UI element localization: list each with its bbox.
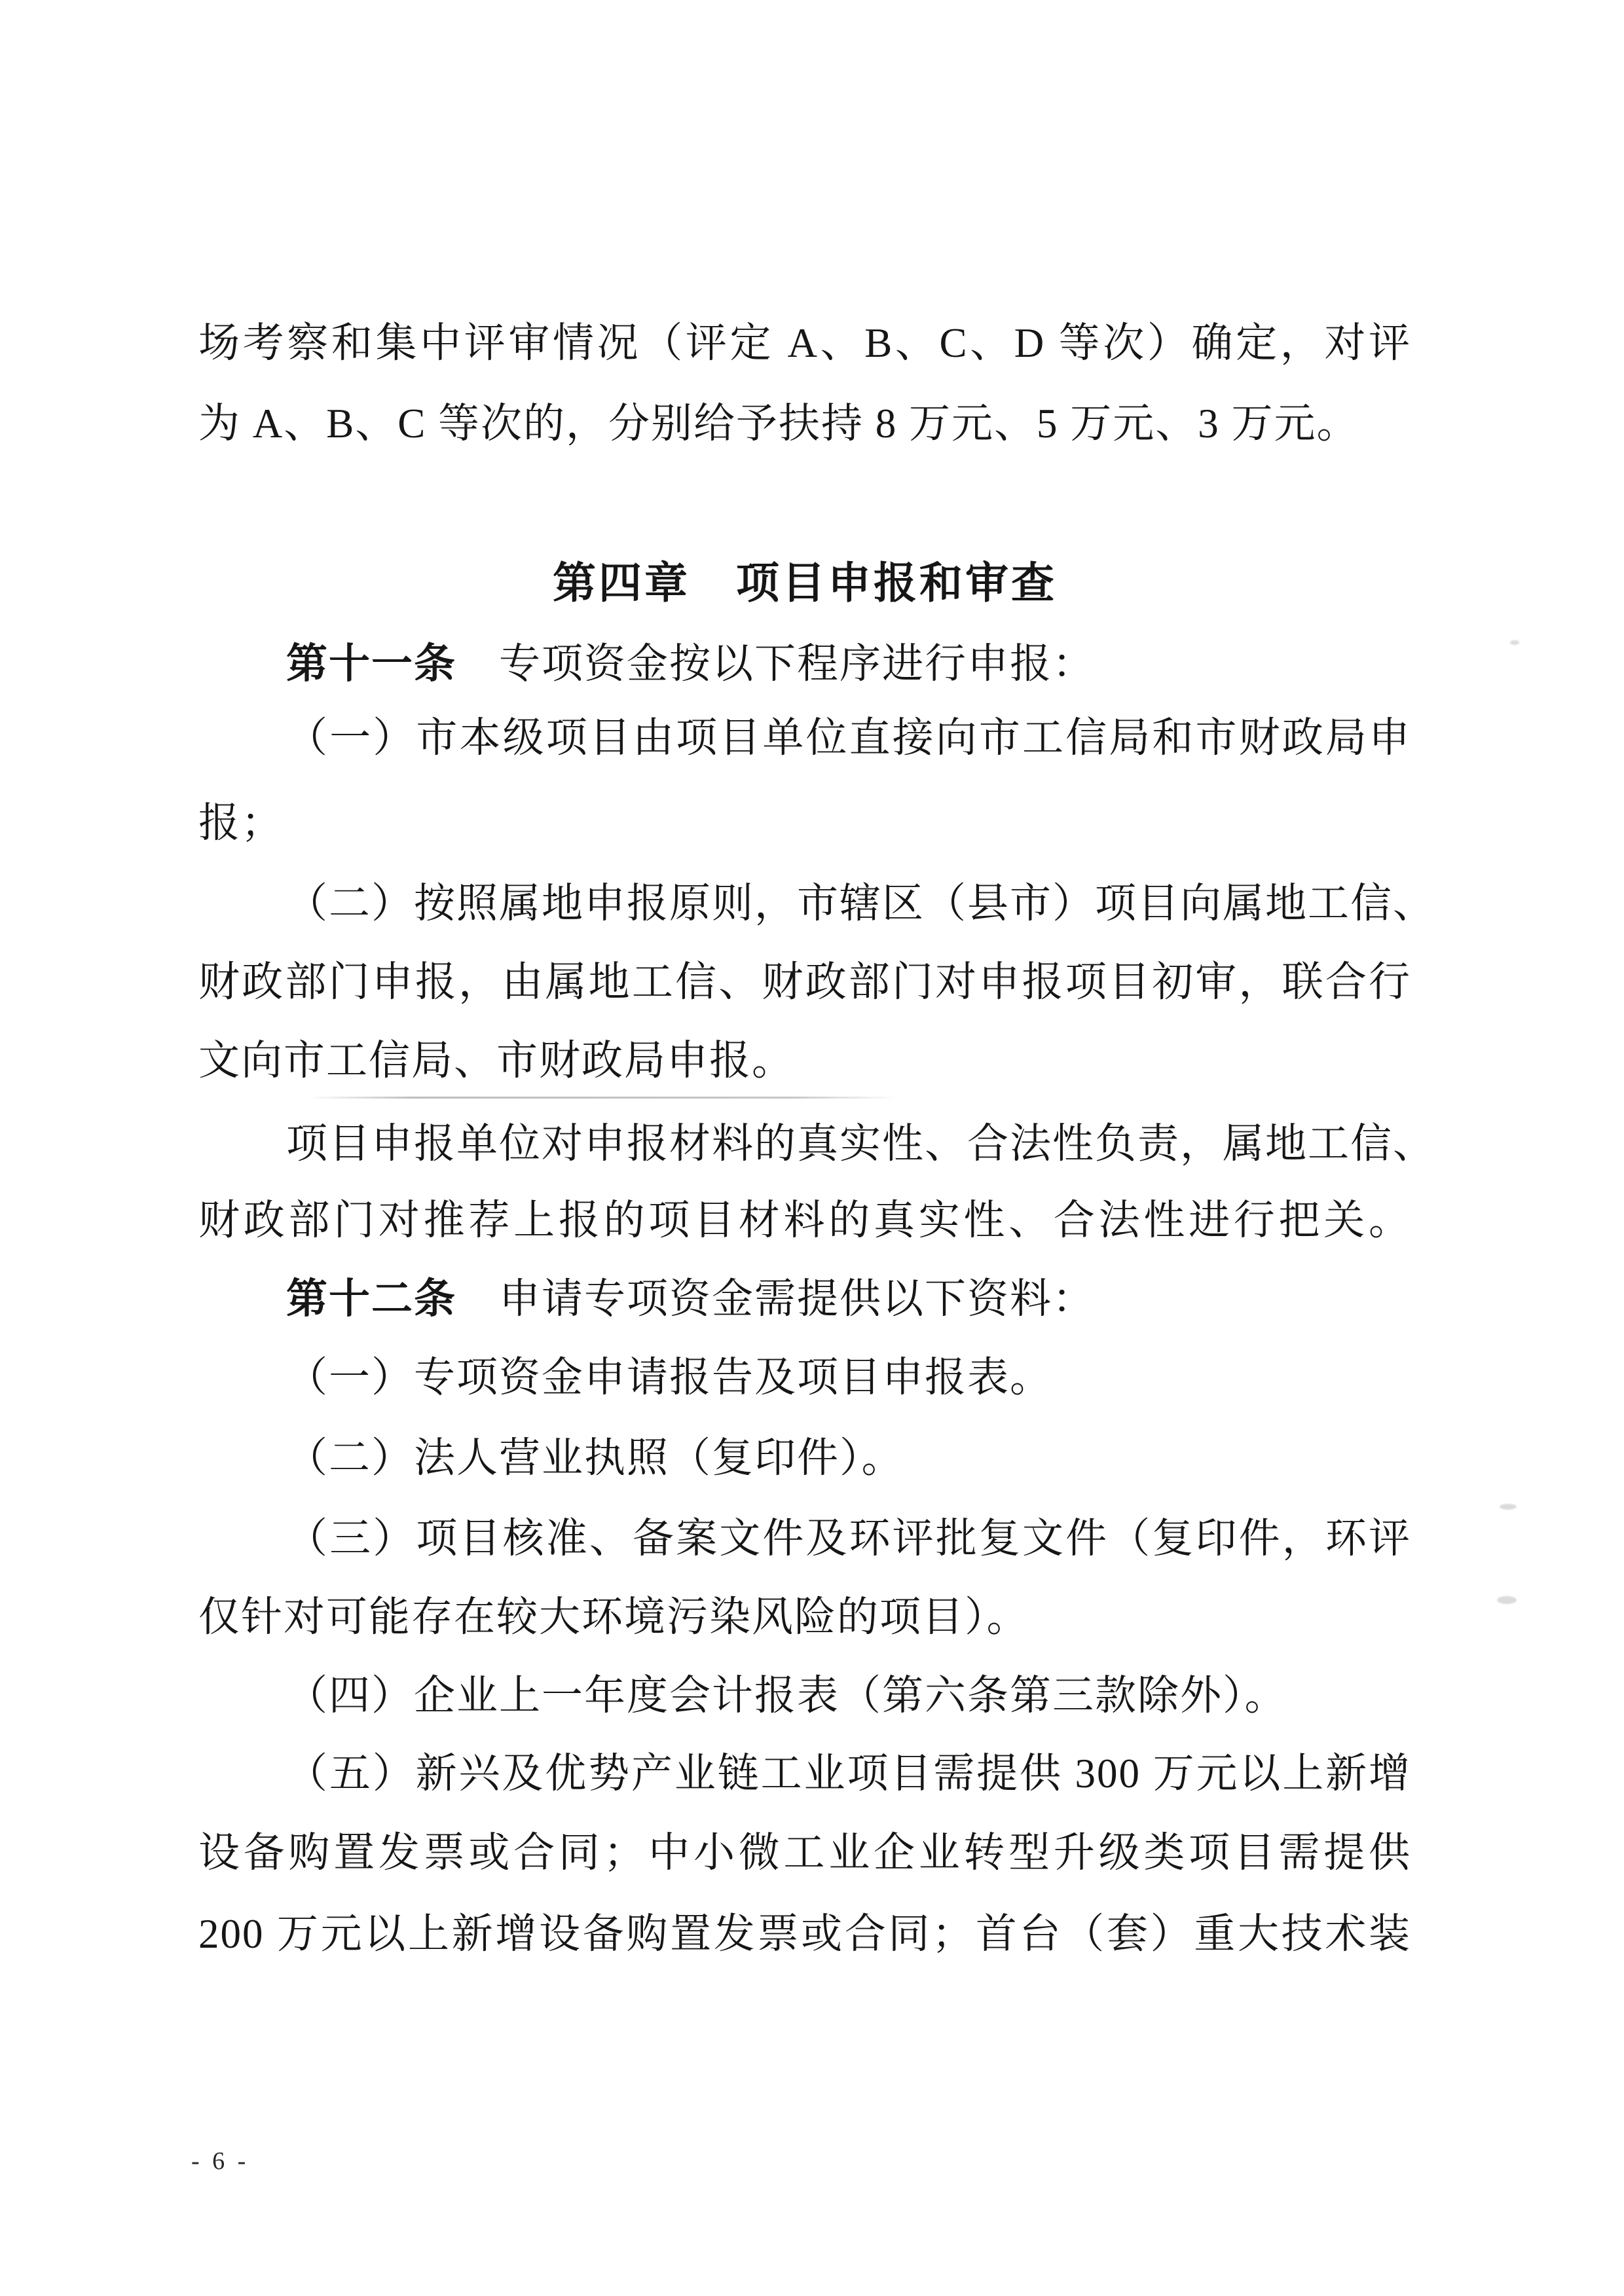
body-line: （三）项目核准、备案文件及环评批复文件（复印件，环评 — [198, 1516, 1411, 1561]
body-line: 报； — [198, 800, 1411, 846]
article-number: 第十二条 — [286, 1276, 456, 1322]
body-line: 项目申报单位对申报材料的真实性、合法性负责，属地工信、 — [198, 1121, 1411, 1167]
body-line: 200 万元以上新增设备购置发票或合同；首台（套）重大技术装 — [198, 1911, 1411, 1957]
body-line: （二）按照属地申报原则，市辖区（县市）项目向属地工信、 — [198, 881, 1411, 926]
page-number: - 6 - — [191, 2147, 249, 2176]
article-text: 申请专项资金需提供以下资料： — [456, 1276, 1095, 1322]
body-line: （一）市本级项目由项目单位直接向市工信局和市财政局申 — [198, 715, 1411, 761]
article-line-12: 第十二条 申请专项资金需提供以下资料： — [198, 1276, 1411, 1322]
body-line: 文向市工信局、市财政局申报。 — [198, 1038, 1411, 1084]
body-line: 场考察和集中评审情况（评定 A、B、C、D 等次）确定，对评 — [198, 320, 1411, 366]
article-text: 专项资金按以下程序进行申报： — [456, 641, 1095, 687]
body-line: 财政部门对推荐上报的项目材料的真实性、合法性进行把关。 — [198, 1197, 1411, 1243]
scan-artifact-smudge — [1497, 1596, 1517, 1604]
body-line: （一）专项资金申请报告及项目申报表。 — [198, 1355, 1411, 1400]
body-line: 财政部门申报，由属地工信、财政部门对申报项目初审，联合行 — [198, 959, 1411, 1005]
document-page: 场考察和集中评审情况（评定 A、B、C、D 等次）确定，对评 为 A、B、C 等… — [0, 0, 1624, 2296]
body-line: 设备购置发票或合同；中小微工业企业转型升级类项目需提供 — [198, 1830, 1411, 1876]
article-number: 第十一条 — [286, 641, 456, 687]
body-line: （五）新兴及优势产业链工业项目需提供 300 万元以上新增 — [198, 1751, 1411, 1796]
chapter-heading: 第四章 项目申报和审查 — [198, 558, 1411, 607]
scan-artifact-line — [308, 1097, 897, 1099]
body-line: 仅针对可能存在较大环境污染风险的项目）。 — [198, 1594, 1411, 1640]
body-line: 为 A、B、C 等次的，分别给予扶持 8 万元、5 万元、3 万元。 — [198, 401, 1411, 446]
body-line: （二）法人营业执照（复印件）。 — [198, 1435, 1411, 1481]
article-line-11: 第十一条 专项资金按以下程序进行申报： — [198, 641, 1411, 687]
body-line: （四）企业上一年度会计报表（第六条第三款除外）。 — [198, 1673, 1411, 1719]
scan-artifact-smudge — [1500, 1504, 1517, 1510]
scan-artifact-smudge — [1510, 640, 1519, 645]
